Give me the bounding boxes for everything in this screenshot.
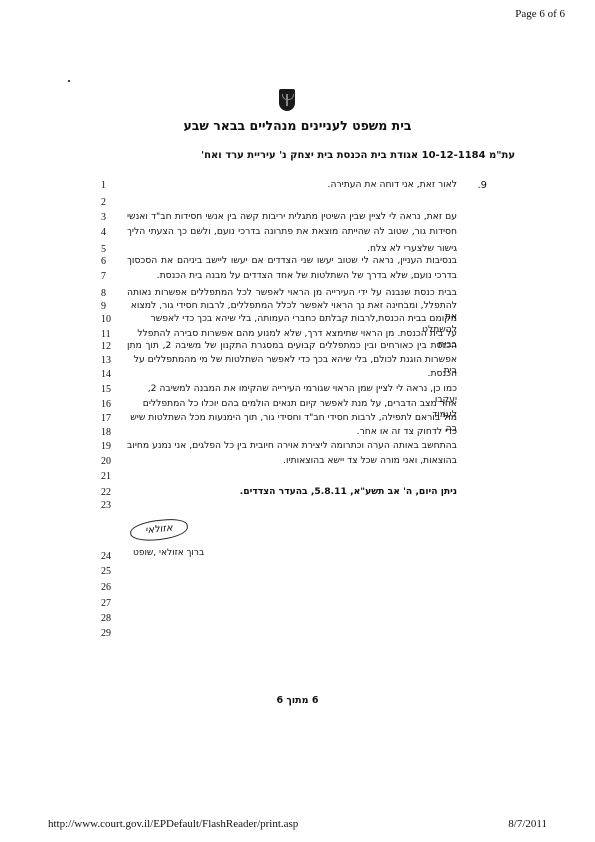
line-number: 19 — [101, 441, 115, 452]
line-number: 4 — [101, 227, 115, 238]
line-number: 23 — [101, 500, 115, 511]
body-line: כדי לדחוק צד זה או אחר. — [127, 426, 457, 437]
body-line: בהתחשב באותה הערה וכתרומה ליצירת אוירה ח… — [127, 440, 457, 451]
court-title: בית משפט לעניינים מנהליים בבאר שבע — [0, 118, 595, 133]
line-number: 18 — [101, 427, 115, 438]
footer-date: 8/7/2011 — [508, 818, 547, 830]
page-footer-number: 6 מתוך 6 — [0, 695, 595, 706]
line-number: 27 — [101, 598, 115, 609]
line-number: 25 — [101, 566, 115, 577]
scan-artifact — [68, 80, 70, 82]
line-number: 5 — [101, 244, 115, 255]
body-line: בהוצאות, ואני מורה שכל צד יישא בהוצאותיו… — [127, 455, 457, 466]
body-line: בבית כנסת שנבנה על ידי העירייה מן הראוי … — [127, 287, 457, 298]
state-emblem-icon — [279, 89, 295, 111]
line-number: 12 — [101, 341, 115, 352]
line-number: 1 — [101, 180, 115, 191]
menorah-stem-icon — [286, 94, 288, 106]
line-number: 7 — [101, 271, 115, 282]
paragraph-number: .9 — [477, 180, 487, 191]
footer-url[interactable]: http://www.court.gov.il/EPDefault/FlashR… — [48, 818, 298, 830]
line-number: 10 — [101, 314, 115, 325]
line-number: 20 — [101, 456, 115, 467]
line-number: 14 — [101, 369, 115, 380]
case-title: עת"מ 10-12-1184 אגודת בית הכנסת בית יצחק… — [201, 150, 515, 161]
line-number: 29 — [101, 628, 115, 639]
line-number: 6 — [101, 256, 115, 267]
menorah-arms-icon — [282, 94, 294, 100]
line-number: 3 — [101, 212, 115, 223]
line-number: 11 — [101, 329, 115, 340]
body-line: בנסיבות העניין, נראה לי שטוב יעשו שני הצ… — [127, 255, 457, 266]
line-number: 24 — [101, 551, 115, 562]
body-line: גישור שלצערי לא צלח. — [127, 243, 457, 254]
line-number: 22 — [101, 487, 115, 498]
line-number: 21 — [101, 471, 115, 482]
body-line: הכנסת. — [127, 368, 457, 379]
body-line: עם זאת, נראה לי לציין שבין השיטין מתגלית… — [127, 211, 457, 222]
line-number: 8 — [101, 288, 115, 299]
body-line: הכנסת בין כאורחים ובין כמתפללים קבועים ב… — [127, 340, 457, 351]
line-number: 2 — [101, 197, 115, 208]
line-number: 9 — [101, 301, 115, 312]
judge-signature: אזולאי — [129, 517, 189, 543]
page-indicator: Page 6 of 6 — [515, 8, 565, 20]
body-line: בדרכי נועם, שלא בדרך של השתלטות של אחד ה… — [127, 270, 457, 281]
line-number: 16 — [101, 399, 115, 410]
body-line: חסידות גור, שטוב לה שהייתה מוצאת את פתרו… — [127, 226, 457, 237]
body-line: לאור זאת, אני דוחה את העתירה. — [127, 179, 457, 190]
body-line: ניתן היום, ה' אב תשע"א, 5.8.11, בהעדר הצ… — [127, 486, 457, 497]
line-number: 13 — [101, 355, 115, 366]
line-number: 26 — [101, 582, 115, 593]
line-number: 17 — [101, 413, 115, 424]
judge-name: ברוך אזולאי ,שופט — [133, 548, 204, 558]
line-number: 15 — [101, 384, 115, 395]
line-number: 28 — [101, 613, 115, 624]
